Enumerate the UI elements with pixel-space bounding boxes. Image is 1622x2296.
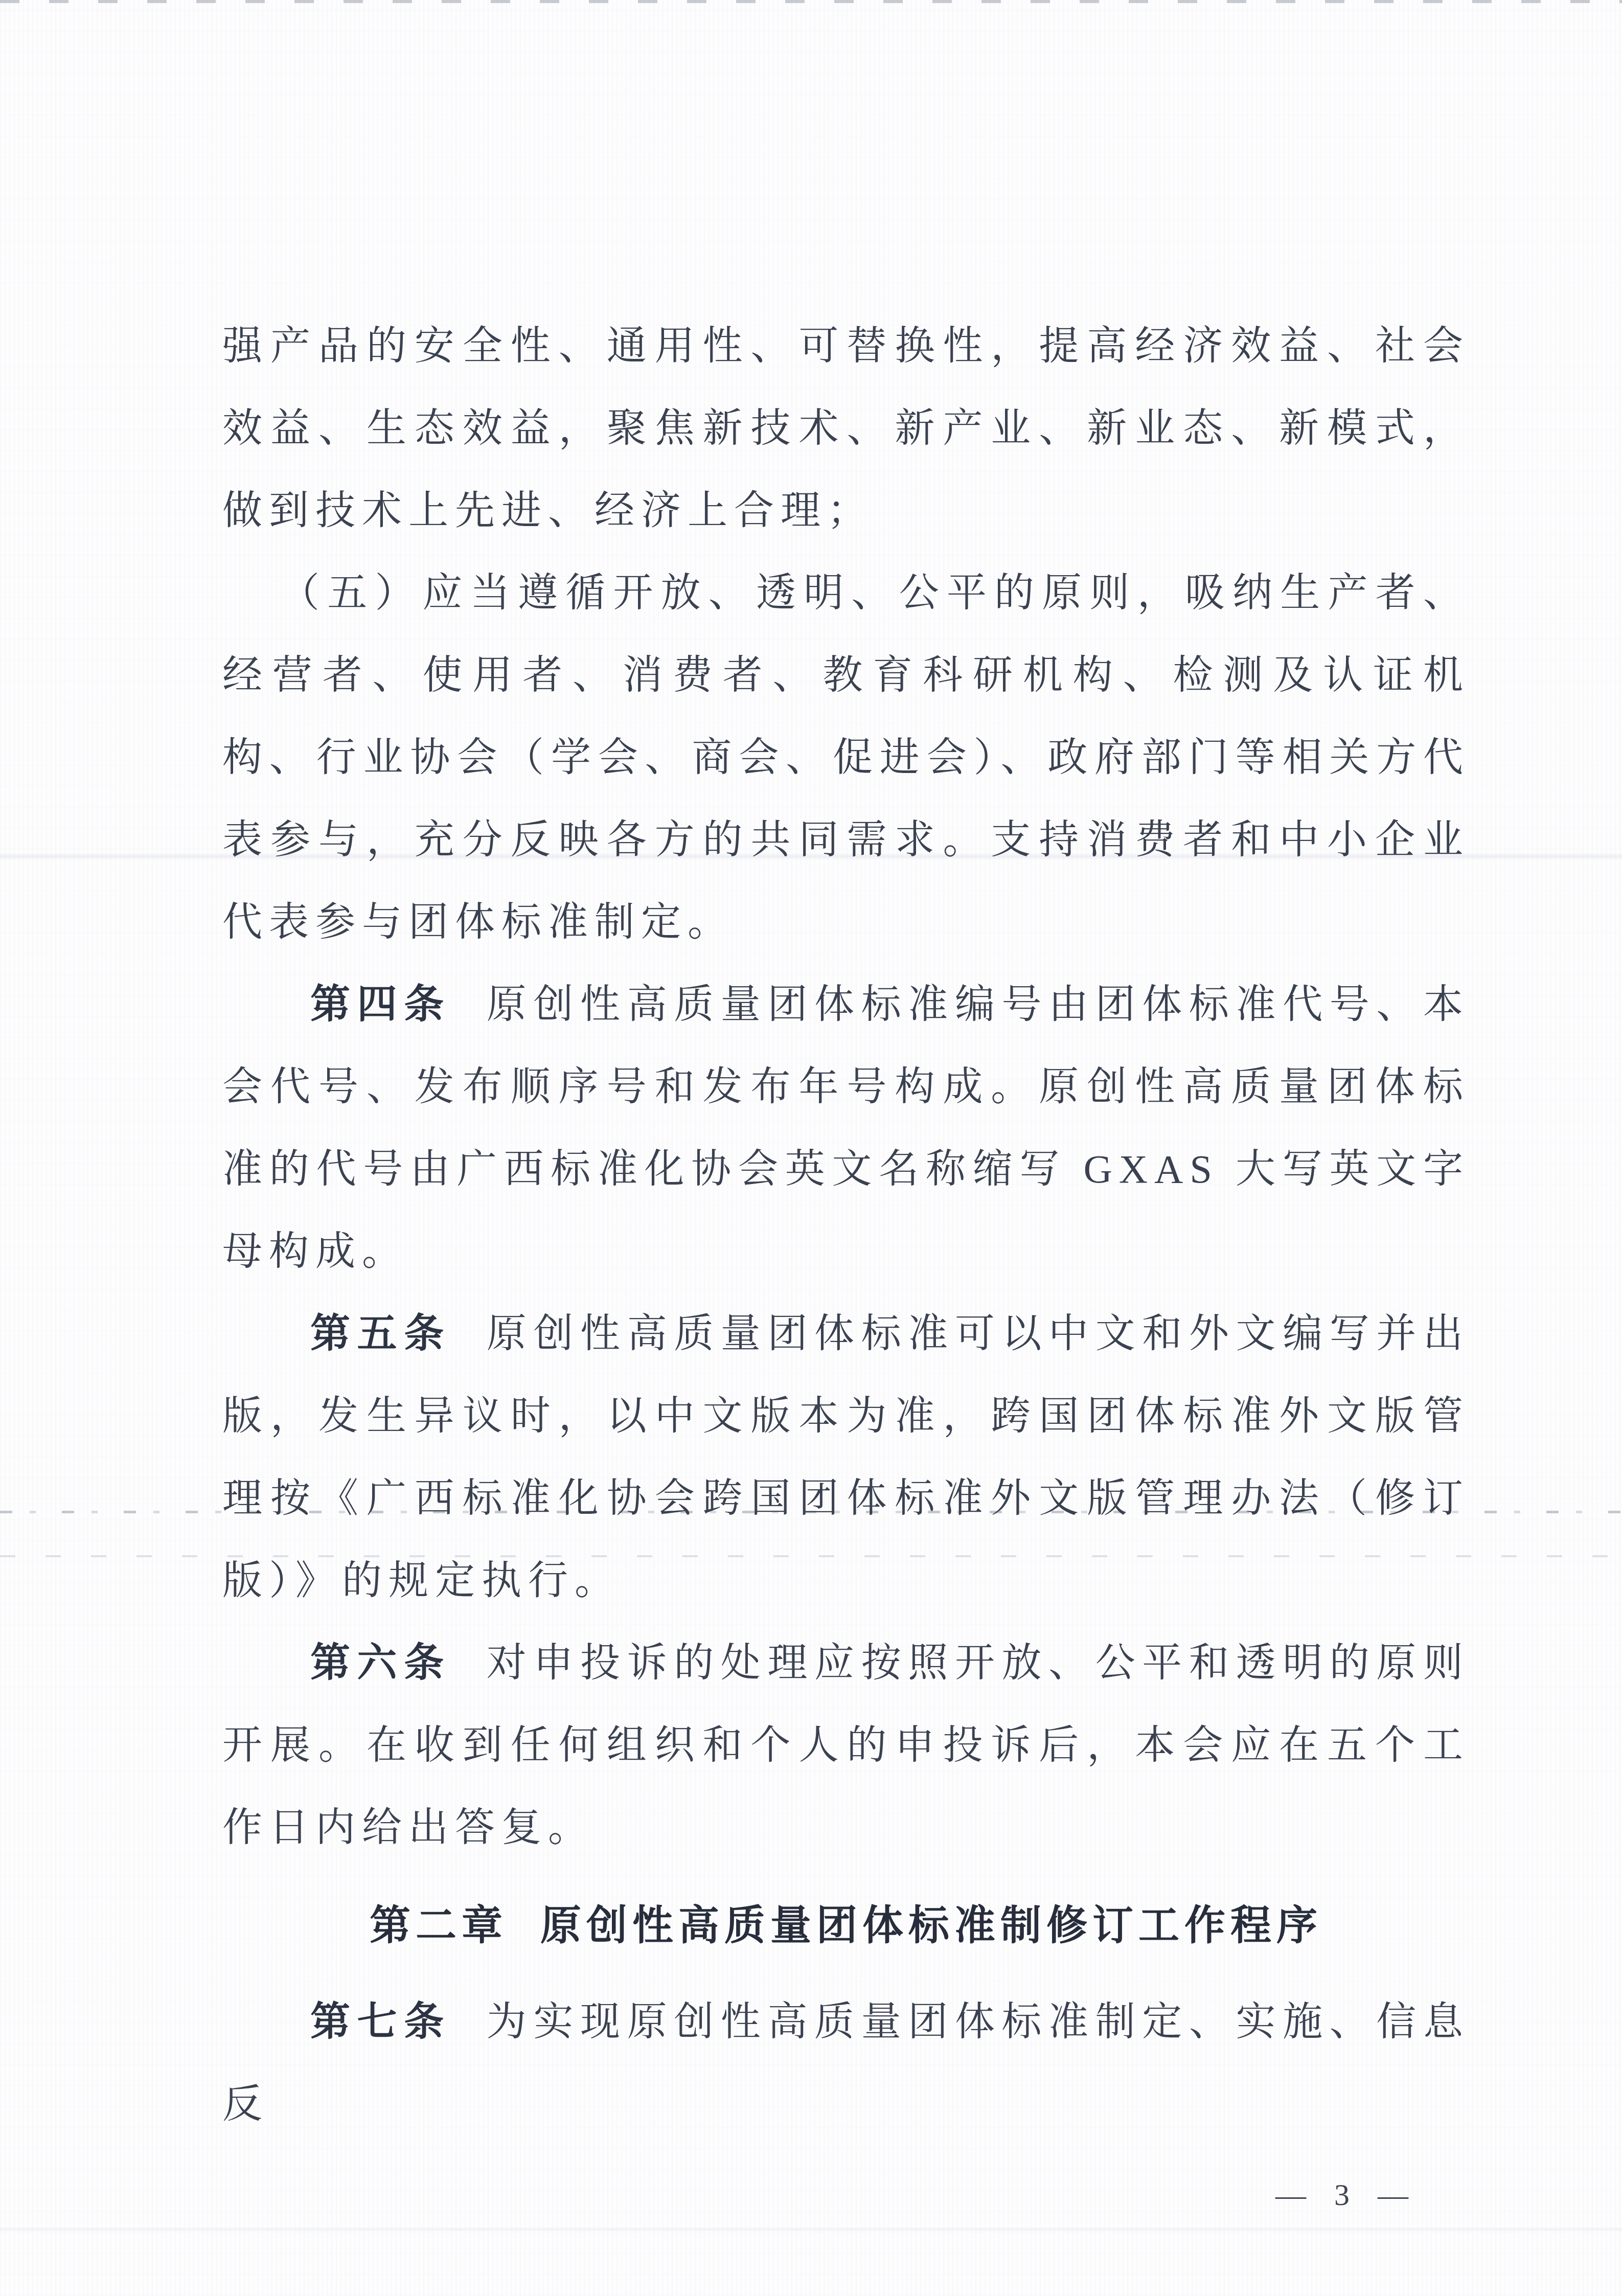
scan-artifact-top-edge xyxy=(0,0,1622,3)
article-7-number: 第七条 xyxy=(310,1999,451,2044)
chapter-2-label: 第二章 xyxy=(370,1903,508,1948)
paragraph-article-5: 第五条原创性高质量团体标准可以中文和外文编写并出版，发生异议时，以中文版本为准，… xyxy=(222,1292,1470,1622)
article-5-number: 第五条 xyxy=(310,1311,451,1356)
article-4-number: 第四条 xyxy=(310,982,451,1027)
chapter-2-title: 原创性高质量团体标准制修订工作程序 xyxy=(540,1903,1322,1948)
paragraph-article-6: 第六条对申投诉的处理应按照开放、公平和透明的原则开展。在收到任何组织和个人的申投… xyxy=(222,1622,1470,1869)
article-6-number: 第六条 xyxy=(310,1641,451,1685)
paragraph-list-item-5: （五）应当遵循开放、透明、公平的原则，吸纳生产者、经营者、使用者、消费者、教育科… xyxy=(222,552,1470,963)
document-body: 强产品的安全性、通用性、可替换性，提高经济效益、社会效益、生态效益，聚焦新技术、… xyxy=(222,305,1470,2145)
scanned-document-page: 强产品的安全性、通用性、可替换性，提高经济效益、社会效益、生态效益，聚焦新技术、… xyxy=(0,0,1622,2296)
paragraph-article-4: 第四条原创性高质量团体标准编号由团体标准代号、本会代号、发布顺序号和发布年号构成… xyxy=(222,963,1470,1292)
paragraph-continuation: 强产品的安全性、通用性、可替换性，提高经济效益、社会效益、生态效益，聚焦新技术、… xyxy=(222,305,1470,552)
page-number: — 3 — xyxy=(1219,2172,1475,2218)
chapter-2-heading: 第二章原创性高质量团体标准制修订工作程序 xyxy=(222,1885,1470,1967)
scan-artifact-band xyxy=(0,2227,1622,2232)
paragraph-article-7: 第七条为实现原创性高质量团体标准制定、实施、信息反 xyxy=(222,1981,1470,2145)
